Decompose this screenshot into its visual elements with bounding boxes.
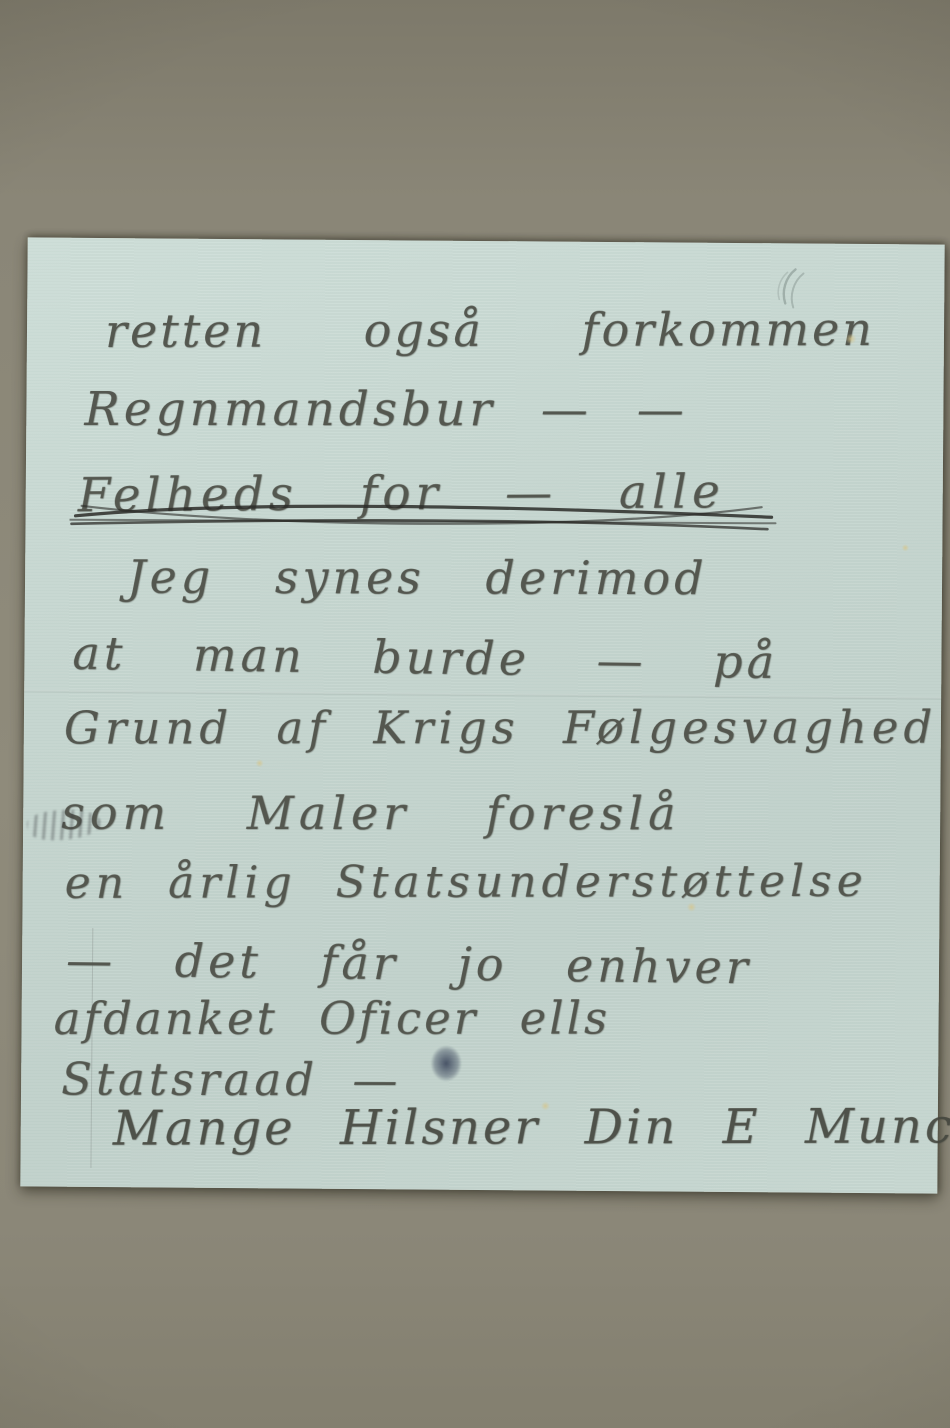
handwriting-line-11: Statsraad —	[61, 1057, 401, 1103]
photo-background: retten også forkommen Regnmandsbur — — F…	[0, 0, 950, 1428]
handwriting-line-9: — det får jo enhver	[66, 937, 752, 991]
foxing-spot	[541, 1101, 550, 1110]
ink-blot	[425, 1041, 467, 1095]
fold-crease	[24, 689, 941, 699]
letter-paper: retten også forkommen Regnmandsbur — — F…	[20, 237, 944, 1193]
handwriting-line-8: en årlig Statsunderstøttelse	[65, 860, 868, 906]
handwriting-line-3-struck: Felheds for — alle	[78, 468, 725, 519]
handwriting-line-10: afdanket Oficer ells	[54, 996, 611, 1041]
handwriting-line-7: som Maler foreslå	[61, 790, 680, 837]
foxing-spot	[686, 903, 696, 912]
handwriting-line-5: at man burde — på	[72, 630, 778, 685]
signature-line: Mange Hilsner Din E Munch	[113, 1102, 950, 1152]
foxing-spot	[845, 334, 857, 344]
handwriting-line-6: Grund af Krigs Følgesvaghed	[64, 705, 937, 751]
handwriting-line-4: Jeg synes derimod	[127, 554, 708, 602]
foxing-spot	[256, 759, 264, 767]
foxing-spot	[901, 544, 909, 551]
handwriting-line-2: Regnmandsbur — —	[84, 386, 687, 434]
pencil-scratch-marks	[755, 263, 811, 319]
